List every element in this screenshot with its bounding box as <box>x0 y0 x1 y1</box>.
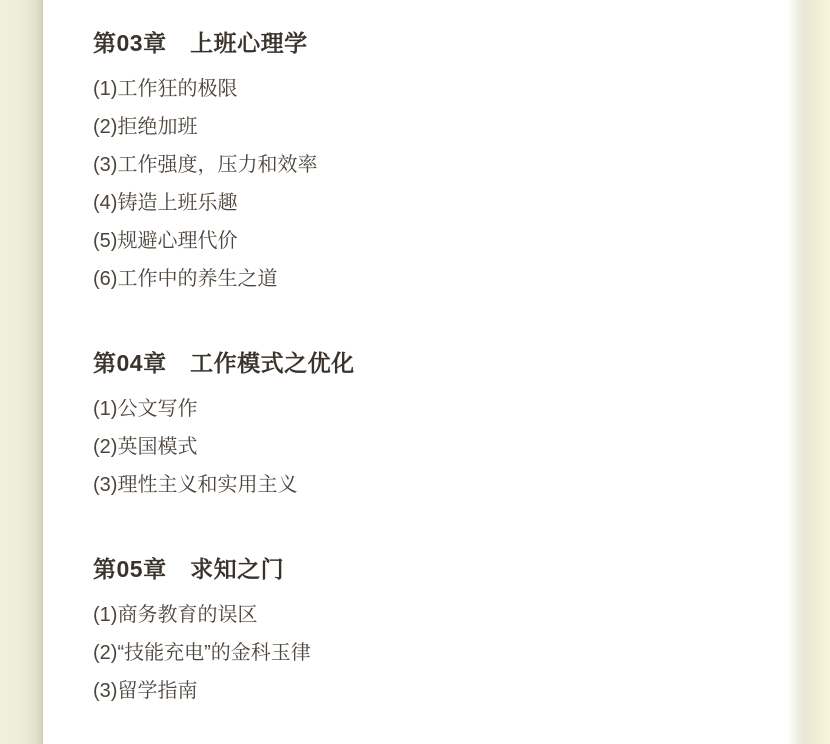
toc-item: (3)工作强度，压力和效率 <box>93 146 777 184</box>
toc-item: (2)英国模式 <box>93 428 777 466</box>
page-edge-left <box>0 0 43 744</box>
chapter-item-list: (1)商务教育的误区 (2)“技能充电”的金科玉律 (3)留学指南 <box>93 596 777 710</box>
toc-section-chapter-03: 第03章 上班心理学 (1)工作狂的极限 (2)拒绝加班 (3)工作强度，压力和… <box>93 28 777 298</box>
toc-item: (3)留学指南 <box>93 672 777 710</box>
toc-item: (4)铸造上班乐趣 <box>93 184 777 222</box>
toc-item: (2)“技能充电”的金科玉律 <box>93 634 777 672</box>
chapter-heading: 第05章 求知之门 <box>93 554 777 584</box>
chapter-heading: 第04章 工作模式之优化 <box>93 348 777 378</box>
chapter-item-list: (1)工作狂的极限 (2)拒绝加班 (3)工作强度，压力和效率 (4)铸造上班乐… <box>93 70 777 298</box>
chapter-heading: 第03章 上班心理学 <box>93 28 777 58</box>
toc-item: (5)规避心理代价 <box>93 222 777 260</box>
toc-section-chapter-05: 第05章 求知之门 (1)商务教育的误区 (2)“技能充电”的金科玉律 (3)留… <box>93 554 777 710</box>
toc-item: (3)理性主义和实用主义 <box>93 466 777 504</box>
toc-item: (2)拒绝加班 <box>93 108 777 146</box>
toc-section-chapter-04: 第04章 工作模式之优化 (1)公文写作 (2)英国模式 (3)理性主义和实用主… <box>93 348 777 504</box>
page-edge-right <box>787 0 830 744</box>
toc-item: (1)公文写作 <box>93 390 777 428</box>
toc-item: (1)工作狂的极限 <box>93 70 777 108</box>
chapter-item-list: (1)公文写作 (2)英国模式 (3)理性主义和实用主义 <box>93 390 777 504</box>
toc-item: (6)工作中的养生之道 <box>93 260 777 298</box>
book-toc-page: 第03章 上班心理学 (1)工作狂的极限 (2)拒绝加班 (3)工作强度，压力和… <box>0 0 830 744</box>
toc-item: (1)商务教育的误区 <box>93 596 777 634</box>
toc-content: 第03章 上班心理学 (1)工作狂的极限 (2)拒绝加班 (3)工作强度，压力和… <box>43 0 787 744</box>
